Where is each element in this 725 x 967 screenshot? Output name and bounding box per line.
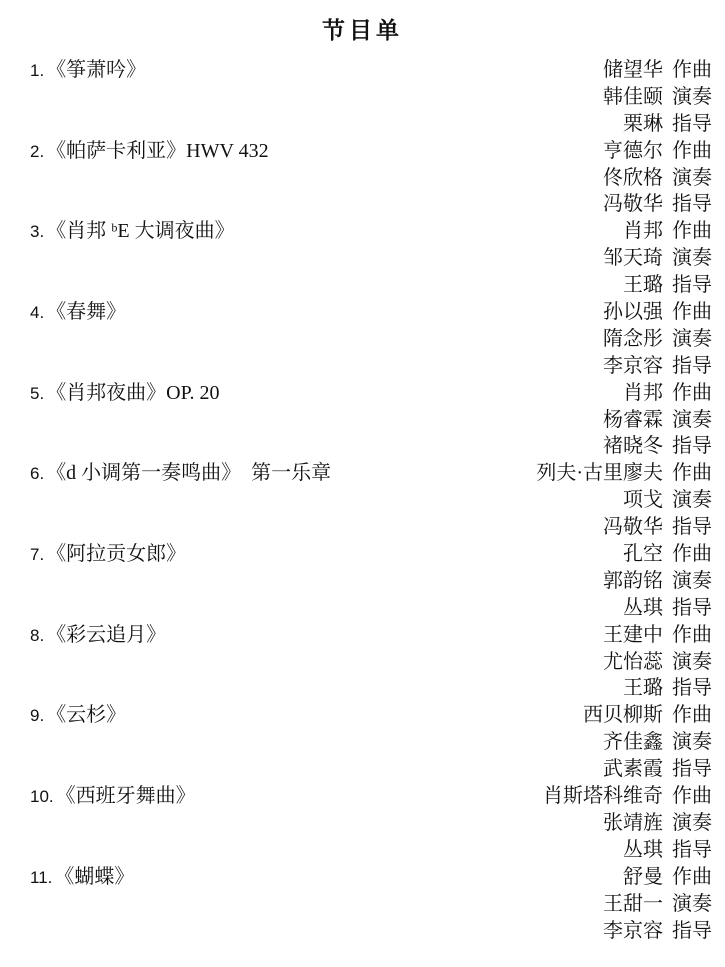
credit-role: 演奏 [672, 893, 712, 915]
credit-role: 演奏 [672, 409, 712, 431]
program-item-row: 尤怡蕊演奏 [30, 649, 712, 676]
program-item-row: 6.《d 小调第一奏鸣曲》 第一乐章 列夫·古里廖夫作曲 [30, 460, 712, 487]
piece-title: 4.《春舞》 [30, 299, 126, 327]
credit-role: 指导 [672, 113, 712, 135]
credit-name: 肖斯塔科维奇 [543, 785, 663, 807]
credit-line: 肖斯塔科维奇作曲 [543, 783, 712, 810]
item-number: 5. [30, 384, 44, 403]
piece-title: 2.《帕萨卡利亚》HWV 432 [30, 138, 269, 166]
credit-name: 邹天琦 [603, 247, 663, 269]
program-item-row: 武素霞指导 [30, 756, 712, 783]
program-item-row: 2.《帕萨卡利亚》HWV 432 亨德尔作曲 [30, 138, 712, 165]
program-item-row: 王甜一演奏 [30, 891, 712, 918]
program-item-row: 3.《肖邦 ᵇE 大调夜曲》 肖邦作曲 [30, 218, 712, 245]
program-item-row: 冯敬华指导 [30, 514, 712, 541]
credit-name: 冯敬华 [603, 516, 663, 538]
program-item-row: 褚晓冬指导 [30, 433, 712, 460]
piece-title: 3.《肖邦 ᵇE 大调夜曲》 [30, 218, 235, 246]
credit-line: 西贝柳斯作曲 [583, 702, 712, 729]
item-number: 6. [30, 464, 44, 483]
credit-line: 杨睿霖演奏 [603, 407, 712, 434]
credit-line: 李京容指导 [603, 918, 712, 945]
credit-line: 隋念彤演奏 [603, 326, 712, 353]
credit-name: 孔空 [623, 543, 663, 565]
credit-role: 演奏 [672, 167, 712, 189]
program-item-row: 4.《春舞》 孙以强作曲 [30, 299, 712, 326]
credit-line: 亨德尔作曲 [603, 138, 712, 165]
credit-line: 齐佳鑫演奏 [603, 729, 712, 756]
item-number: 9. [30, 706, 44, 725]
credit-name: 王甜一 [603, 893, 663, 915]
piece-title: 1.《筝萧吟》 [30, 57, 146, 85]
program-page: 节目单 1.《筝萧吟》 储望华作曲 韩佳颐演奏 栗琳指导 2.《帕萨卡利亚》HW… [0, 0, 725, 967]
program-item-row: 郭韵铭演奏 [30, 568, 712, 595]
program-item-row: 5.《肖邦夜曲》OP. 20 肖邦作曲 [30, 380, 712, 407]
credit-role: 作曲 [672, 220, 712, 242]
credit-line: 张靖旌演奏 [603, 810, 712, 837]
program-item-row: 项戈演奏 [30, 487, 712, 514]
credit-role: 作曲 [672, 543, 712, 565]
credit-name: 李京容 [603, 920, 663, 942]
credit-role: 指导 [672, 355, 712, 377]
program-item-row: 10.《西班牙舞曲》 肖斯塔科维奇作曲 [30, 783, 712, 810]
credit-name: 舒曼 [623, 866, 663, 888]
credit-line: 肖邦作曲 [623, 380, 712, 407]
credit-name: 杨睿霖 [603, 409, 663, 431]
credit-role: 作曲 [672, 59, 712, 81]
credit-line: 孙以强作曲 [603, 299, 712, 326]
program-item-row: 隋念彤演奏 [30, 326, 712, 353]
credit-line: 尤怡蕊演奏 [603, 649, 712, 676]
program-item-row: 7.《阿拉贡女郎》 孔空作曲 [30, 541, 712, 568]
credit-role: 指导 [672, 193, 712, 215]
program-item-row: 韩佳颐演奏 [30, 84, 712, 111]
credit-role: 作曲 [672, 301, 712, 323]
program-item-row: 邹天琦演奏 [30, 245, 712, 272]
credit-line: 孔空作曲 [623, 541, 712, 568]
item-number: 1. [30, 61, 44, 80]
credit-name: 王璐 [623, 274, 663, 296]
program-item-row: 佟欣格演奏 [30, 165, 712, 192]
credit-name: 储望华 [603, 59, 663, 81]
credit-name: 肖邦 [623, 220, 663, 242]
credit-name: 褚晓冬 [603, 435, 663, 457]
credit-line: 丛琪指导 [623, 595, 712, 622]
credit-name: 列夫·古里廖夫 [536, 462, 663, 484]
credit-line: 武素霞指导 [603, 756, 712, 783]
credit-role: 演奏 [672, 489, 712, 511]
item-number: 3. [30, 222, 44, 241]
credit-role: 指导 [672, 435, 712, 457]
credit-line: 栗琳指导 [623, 111, 712, 138]
credit-line: 王甜一演奏 [603, 891, 712, 918]
piece-title: 6.《d 小调第一奏鸣曲》 第一乐章 [30, 460, 331, 488]
credit-line: 郭韵铭演奏 [603, 568, 712, 595]
credit-role: 指导 [672, 920, 712, 942]
credit-line: 李京容指导 [603, 353, 712, 380]
credit-name: 亨德尔 [603, 140, 663, 162]
credit-line: 肖邦作曲 [623, 218, 712, 245]
credit-name: 丛琪 [623, 597, 663, 619]
credit-name: 丛琪 [623, 839, 663, 861]
credit-line: 韩佳颐演奏 [603, 84, 712, 111]
credit-role: 演奏 [672, 328, 712, 350]
program-item-row: 1.《筝萧吟》 储望华作曲 [30, 57, 712, 84]
program-item-row: 王璐指导 [30, 272, 712, 299]
program-item-row: 冯敬华指导 [30, 191, 712, 218]
piece-title: 9.《云杉》 [30, 702, 126, 730]
credit-role: 演奏 [672, 570, 712, 592]
credit-role: 演奏 [672, 247, 712, 269]
credit-line: 列夫·古里廖夫作曲 [536, 460, 712, 487]
credit-role: 作曲 [672, 866, 712, 888]
credit-role: 演奏 [672, 731, 712, 753]
program-list: 1.《筝萧吟》 储望华作曲 韩佳颐演奏 栗琳指导 2.《帕萨卡利亚》HWV 43… [30, 57, 712, 944]
item-number: 8. [30, 626, 44, 645]
page-title: 节目单 [30, 14, 695, 54]
credit-name: 齐佳鑫 [603, 731, 663, 753]
credit-role: 演奏 [672, 651, 712, 673]
piece-title: 11.《蝴蝶》 [30, 864, 134, 892]
credit-name: 佟欣格 [603, 167, 663, 189]
credit-name: 张靖旌 [603, 812, 663, 834]
credit-name: 李京容 [603, 355, 663, 377]
credit-line: 褚晓冬指导 [603, 433, 712, 460]
credit-line: 舒曼作曲 [623, 864, 712, 891]
credit-name: 孙以强 [603, 301, 663, 323]
credit-name: 郭韵铭 [603, 570, 663, 592]
program-item-row: 李京容指导 [30, 353, 712, 380]
credit-role: 指导 [672, 677, 712, 699]
piece-title: 7.《阿拉贡女郎》 [30, 541, 186, 569]
program-item-row: 李京容指导 [30, 918, 712, 945]
credit-role: 指导 [672, 758, 712, 780]
credit-line: 王建中作曲 [603, 622, 712, 649]
item-number: 4. [30, 303, 44, 322]
credit-role: 指导 [672, 274, 712, 296]
credit-line: 项戈演奏 [623, 487, 712, 514]
credit-line: 王璐指导 [623, 272, 712, 299]
program-item-row: 丛琪指导 [30, 595, 712, 622]
item-number: 2. [30, 142, 44, 161]
credit-line: 邹天琦演奏 [603, 245, 712, 272]
piece-title: 8.《彩云追月》 [30, 622, 166, 650]
program-item-row: 8.《彩云追月》 王建中作曲 [30, 622, 712, 649]
piece-title: 10.《西班牙舞曲》 [30, 783, 196, 811]
credit-name: 冯敬华 [603, 193, 663, 215]
program-item-row: 栗琳指导 [30, 111, 712, 138]
program-item-row: 杨睿霖演奏 [30, 407, 712, 434]
piece-title: 5.《肖邦夜曲》OP. 20 [30, 380, 220, 408]
credit-name: 韩佳颐 [603, 86, 663, 108]
item-number: 11. [30, 868, 52, 887]
credit-role: 作曲 [672, 785, 712, 807]
program-item-row: 11.《蝴蝶》 舒曼作曲 [30, 864, 712, 891]
credit-role: 演奏 [672, 86, 712, 108]
credit-line: 佟欣格演奏 [603, 165, 712, 192]
credit-name: 项戈 [623, 489, 663, 511]
credit-name: 隋念彤 [603, 328, 663, 350]
credit-role: 指导 [672, 516, 712, 538]
credit-role: 指导 [672, 839, 712, 861]
item-number: 7. [30, 545, 44, 564]
credit-role: 作曲 [672, 704, 712, 726]
credit-name: 栗琳 [623, 113, 663, 135]
credit-line: 王璐指导 [623, 675, 712, 702]
credit-name: 王建中 [603, 624, 663, 646]
credit-role: 作曲 [672, 382, 712, 404]
credit-role: 作曲 [672, 140, 712, 162]
credit-name: 武素霞 [603, 758, 663, 780]
credit-name: 西贝柳斯 [583, 704, 663, 726]
credit-role: 指导 [672, 597, 712, 619]
item-number: 10. [30, 787, 54, 806]
program-item-row: 丛琪指导 [30, 837, 712, 864]
credit-line: 丛琪指导 [623, 837, 712, 864]
credit-line: 储望华作曲 [603, 57, 712, 84]
credit-role: 作曲 [672, 462, 712, 484]
credit-line: 冯敬华指导 [603, 191, 712, 218]
program-item-row: 齐佳鑫演奏 [30, 729, 712, 756]
credit-line: 冯敬华指导 [603, 514, 712, 541]
program-item-row: 王璐指导 [30, 675, 712, 702]
program-item-row: 张靖旌演奏 [30, 810, 712, 837]
program-item-row: 9.《云杉》 西贝柳斯作曲 [30, 702, 712, 729]
credit-name: 肖邦 [623, 382, 663, 404]
credit-role: 演奏 [672, 812, 712, 834]
credit-name: 王璐 [623, 677, 663, 699]
credit-name: 尤怡蕊 [603, 651, 663, 673]
credit-role: 作曲 [672, 624, 712, 646]
